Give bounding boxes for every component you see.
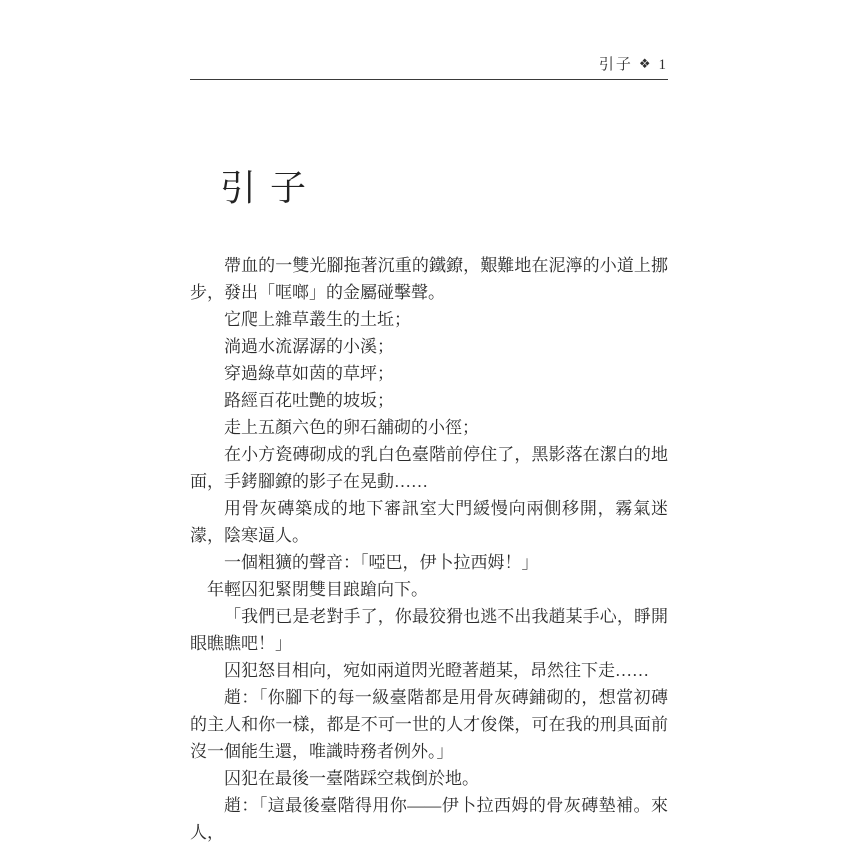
paragraph: 囚犯怒目相向，宛如兩道閃光瞪著趙某，昂然往下走…… <box>190 657 668 684</box>
book-page: 引子❖1 引子 帶血的一雙光腳拖著沉重的鐵鐐，艱難地在泥濘的小道上挪步，發出「哐… <box>0 0 850 850</box>
paragraph: 淌過水流潺潺的小溪； <box>190 333 668 360</box>
diamond-ornament-icon: ❖ <box>639 56 653 71</box>
paragraph: 囚犯在最後一臺階踩空栽倒於地。 <box>190 765 668 792</box>
running-header: 引子❖1 <box>190 53 668 80</box>
paragraph: 用骨灰磚築成的地下審訊室大門緩慢向兩側移開，霧氣迷濛，陰寒逼人。 <box>190 495 668 549</box>
paragraph: 穿過綠草如茵的草坪； <box>190 360 668 387</box>
paragraph: 帶血的一雙光腳拖著沉重的鐵鐐，艱難地在泥濘的小道上挪步，發出「哐啷」的金屬碰擊聲… <box>190 252 668 306</box>
paragraph: 路經百花吐艷的坡坂； <box>190 387 668 414</box>
paragraph: 年輕囚犯緊閉雙目踉蹌向下。 <box>190 576 668 603</box>
paragraph: 趙：「這最後臺階得用你——伊卜拉西姆的骨灰磚墊補。來人， <box>190 792 668 846</box>
header-page-number: 1 <box>659 57 669 73</box>
paragraph: 在小方瓷磚砌成的乳白色臺階前停住了，黑影落在潔白的地面，手銬腳鐐的影子在晃動…… <box>190 441 668 495</box>
body-text: 帶血的一雙光腳拖著沉重的鐵鐐，艱難地在泥濘的小道上挪步，發出「哐啷」的金屬碰擊聲… <box>190 252 668 846</box>
paragraph: 一個粗獷的聲音：「啞巴，伊卜拉西姆！」 <box>190 549 668 576</box>
paragraph: 走上五顏六色的卵石舖砌的小徑； <box>190 414 668 441</box>
paragraph: 趙：「你腳下的每一級臺階都是用骨灰磚鋪砌的，想當初磚的主人和你一樣，都是不可一世… <box>190 684 668 765</box>
paragraph: 它爬上雜草叢生的土坵； <box>190 306 668 333</box>
chapter-title: 引子 <box>220 160 320 211</box>
header-chapter-label: 引子 <box>599 57 633 73</box>
paragraph: 「我們已是老對手了，你最狡猾也逃不出我趙某手心，睜開眼瞧瞧吧！」 <box>190 603 668 657</box>
